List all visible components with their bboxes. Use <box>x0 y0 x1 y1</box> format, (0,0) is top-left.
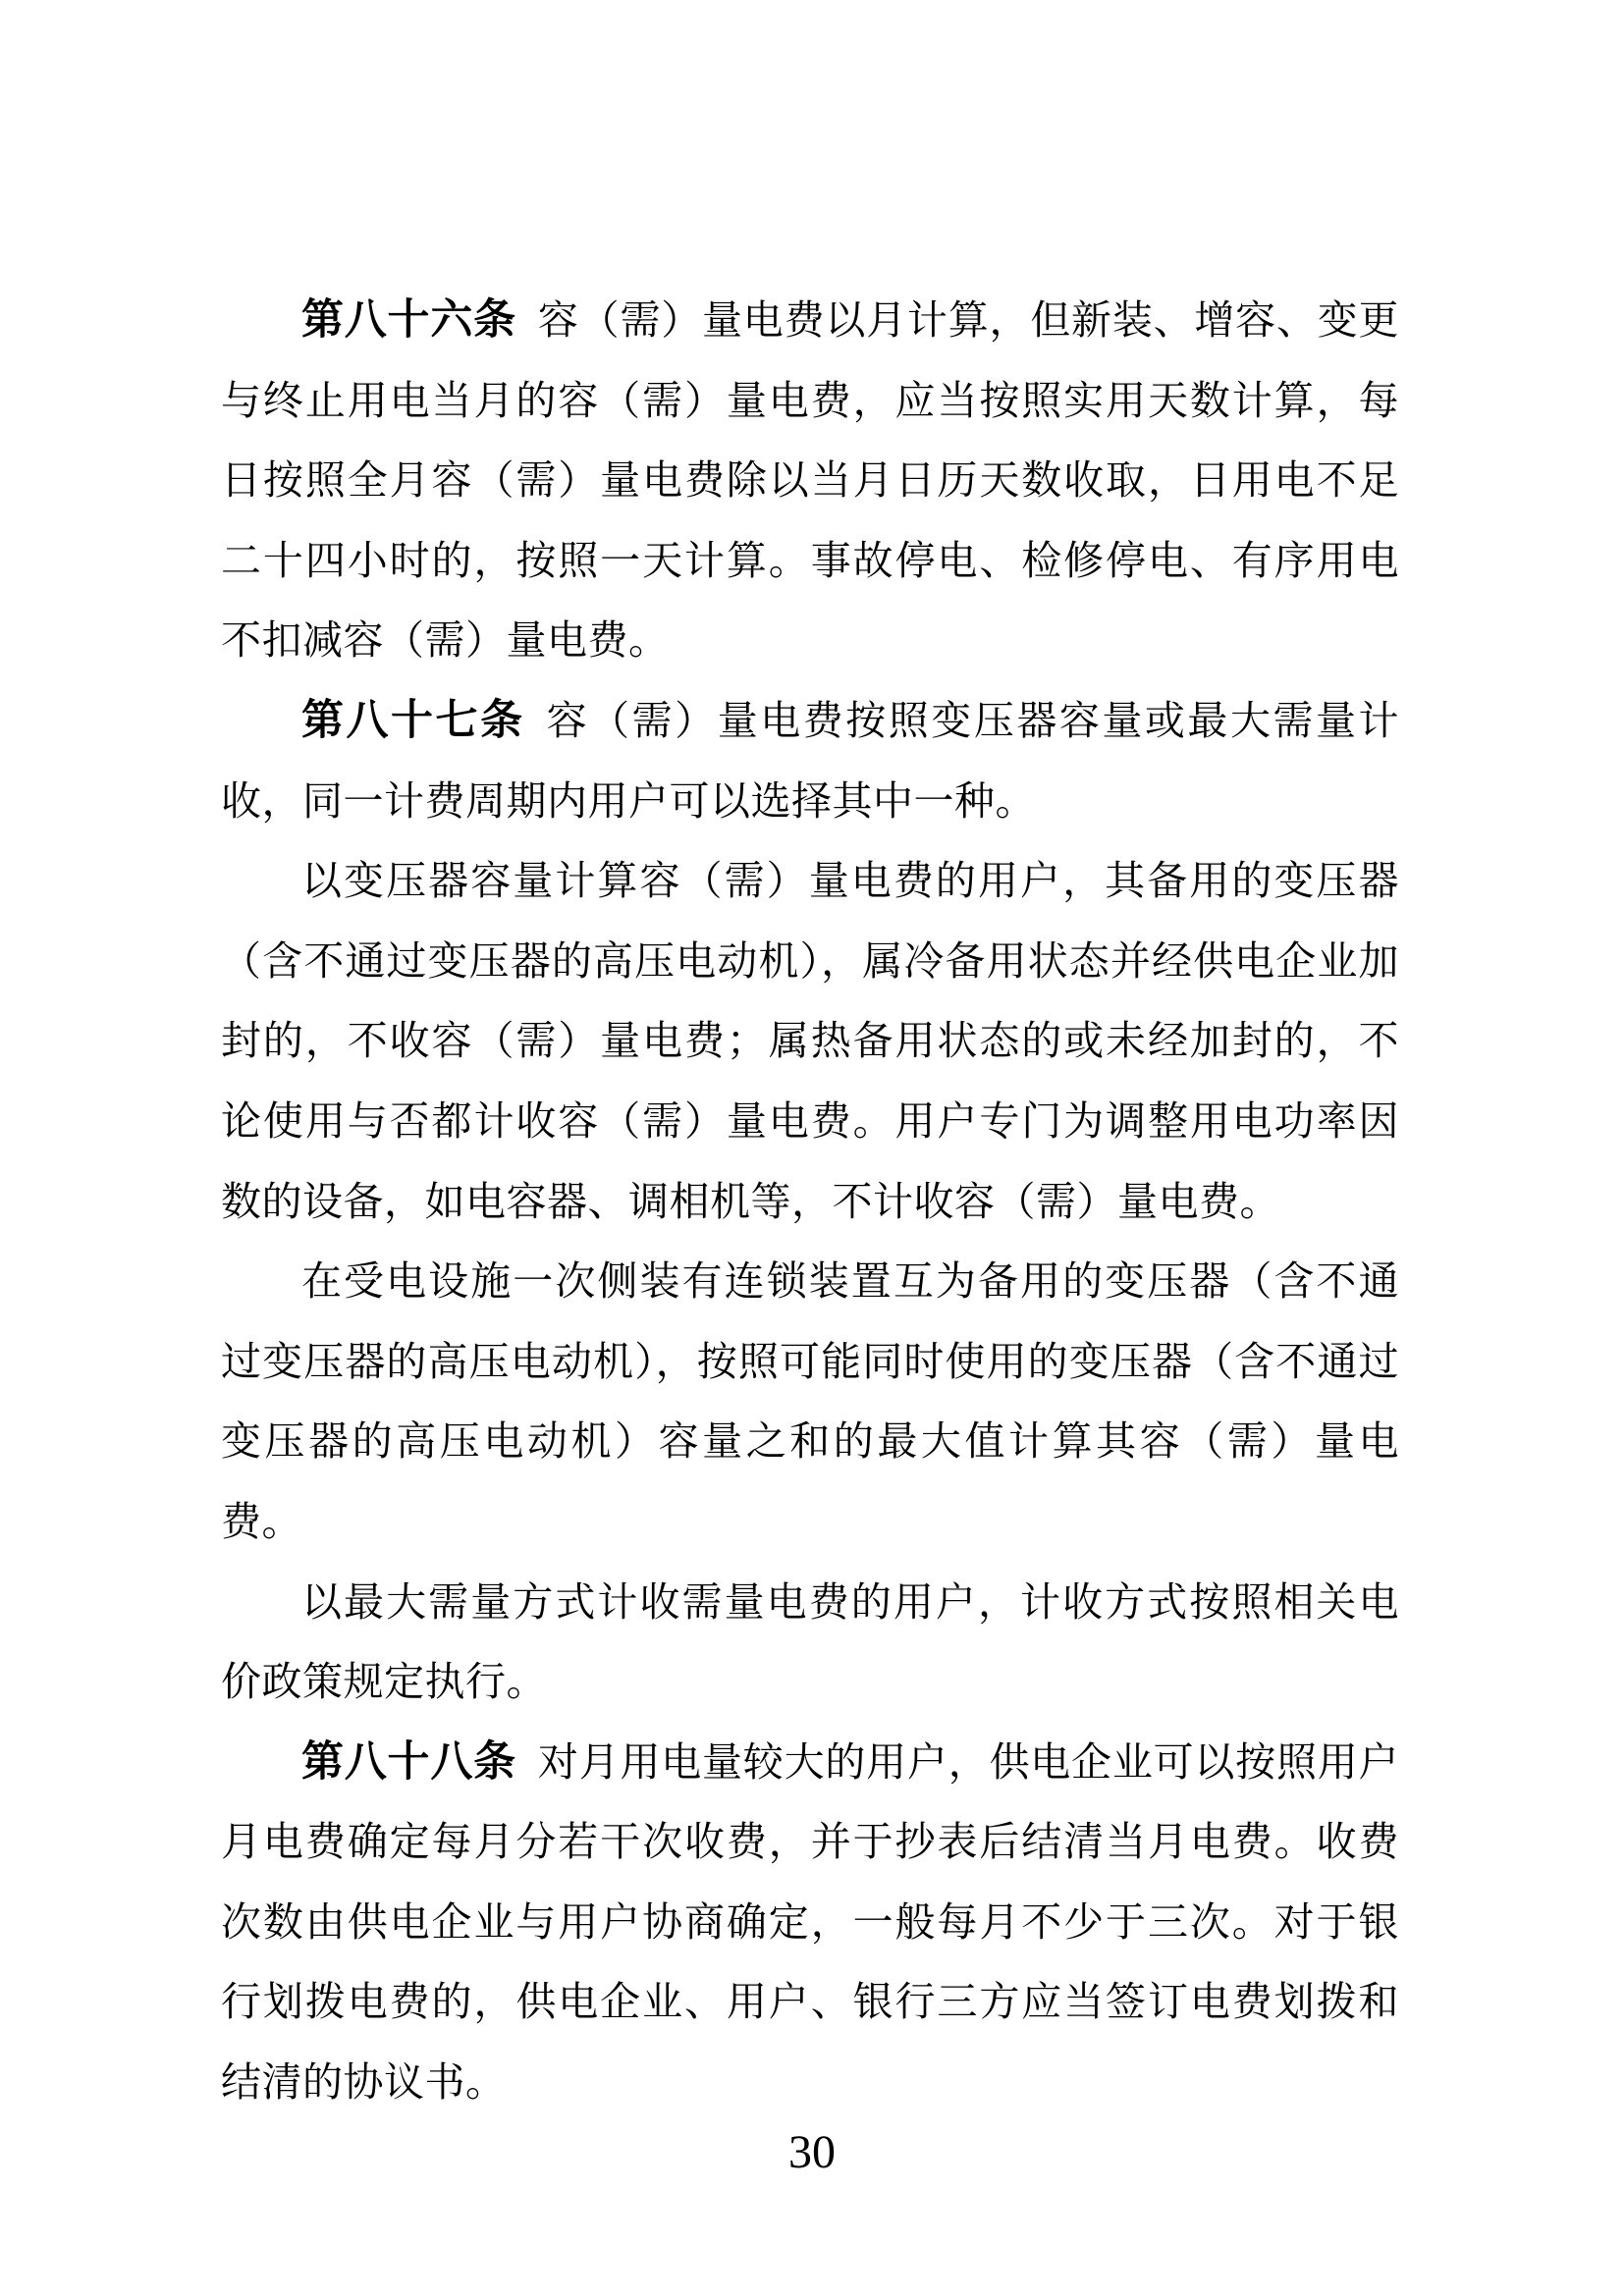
article-text: 容（需）量电费以月计算，但新装、增容、变更与终止用电当月的容（需）量电费，应当按… <box>221 297 1399 663</box>
article-heading: 第八十七条 <box>301 697 525 744</box>
document-body: 第八十六条容（需）量电费以月计算，但新装、增容、变更与终止用电当月的容（需）量电… <box>221 281 1399 2123</box>
document-paragraph-article-87: 第八十七条容（需）量电费按照变压器容量或最大需量计收，同一计费周期内用户可以选择… <box>221 681 1399 841</box>
article-text: 以最大需量方式计收需量电费的用户，计收方式按照相关电价政策规定执行。 <box>221 1579 1399 1705</box>
document-paragraph: 以变压器容量计算容（需）量电费的用户，其备用的变压器（含不通过变压器的高压电动机… <box>221 841 1399 1242</box>
article-text: 以变压器容量计算容（需）量电费的用户，其备用的变压器（含不通过变压器的高压电动机… <box>221 858 1399 1223</box>
article-heading: 第八十六条 <box>301 296 516 344</box>
document-paragraph-article-88: 第八十八条对月用电量较大的用户，供电企业可以按照用户月电费确定每月分若干次收费，… <box>221 1723 1399 2123</box>
document-paragraph: 在受电设施一次侧装有连锁装置互为备用的变压器（含不通过变压器的高压电动机），按照… <box>221 1242 1399 1562</box>
page-number: 30 <box>0 2123 1624 2182</box>
article-text: 在受电设施一次侧装有连锁装置互为备用的变压器（含不通过变压器的高压电动机），按照… <box>221 1258 1399 1544</box>
article-text: 对月用电量较大的用户，供电企业可以按照用户月电费确定每月分若干次收费，并于抄表后… <box>221 1739 1399 2105</box>
document-paragraph-article-86: 第八十六条容（需）量电费以月计算，但新装、增容、变更与终止用电当月的容（需）量电… <box>221 281 1399 681</box>
article-heading: 第八十八条 <box>301 1738 516 1786</box>
document-paragraph: 以最大需量方式计收需量电费的用户，计收方式按照相关电价政策规定执行。 <box>221 1563 1399 1723</box>
document-page: 第八十六条容（需）量电费以月计算，但新装、增容、变更与终止用电当月的容（需）量电… <box>0 0 1624 2296</box>
